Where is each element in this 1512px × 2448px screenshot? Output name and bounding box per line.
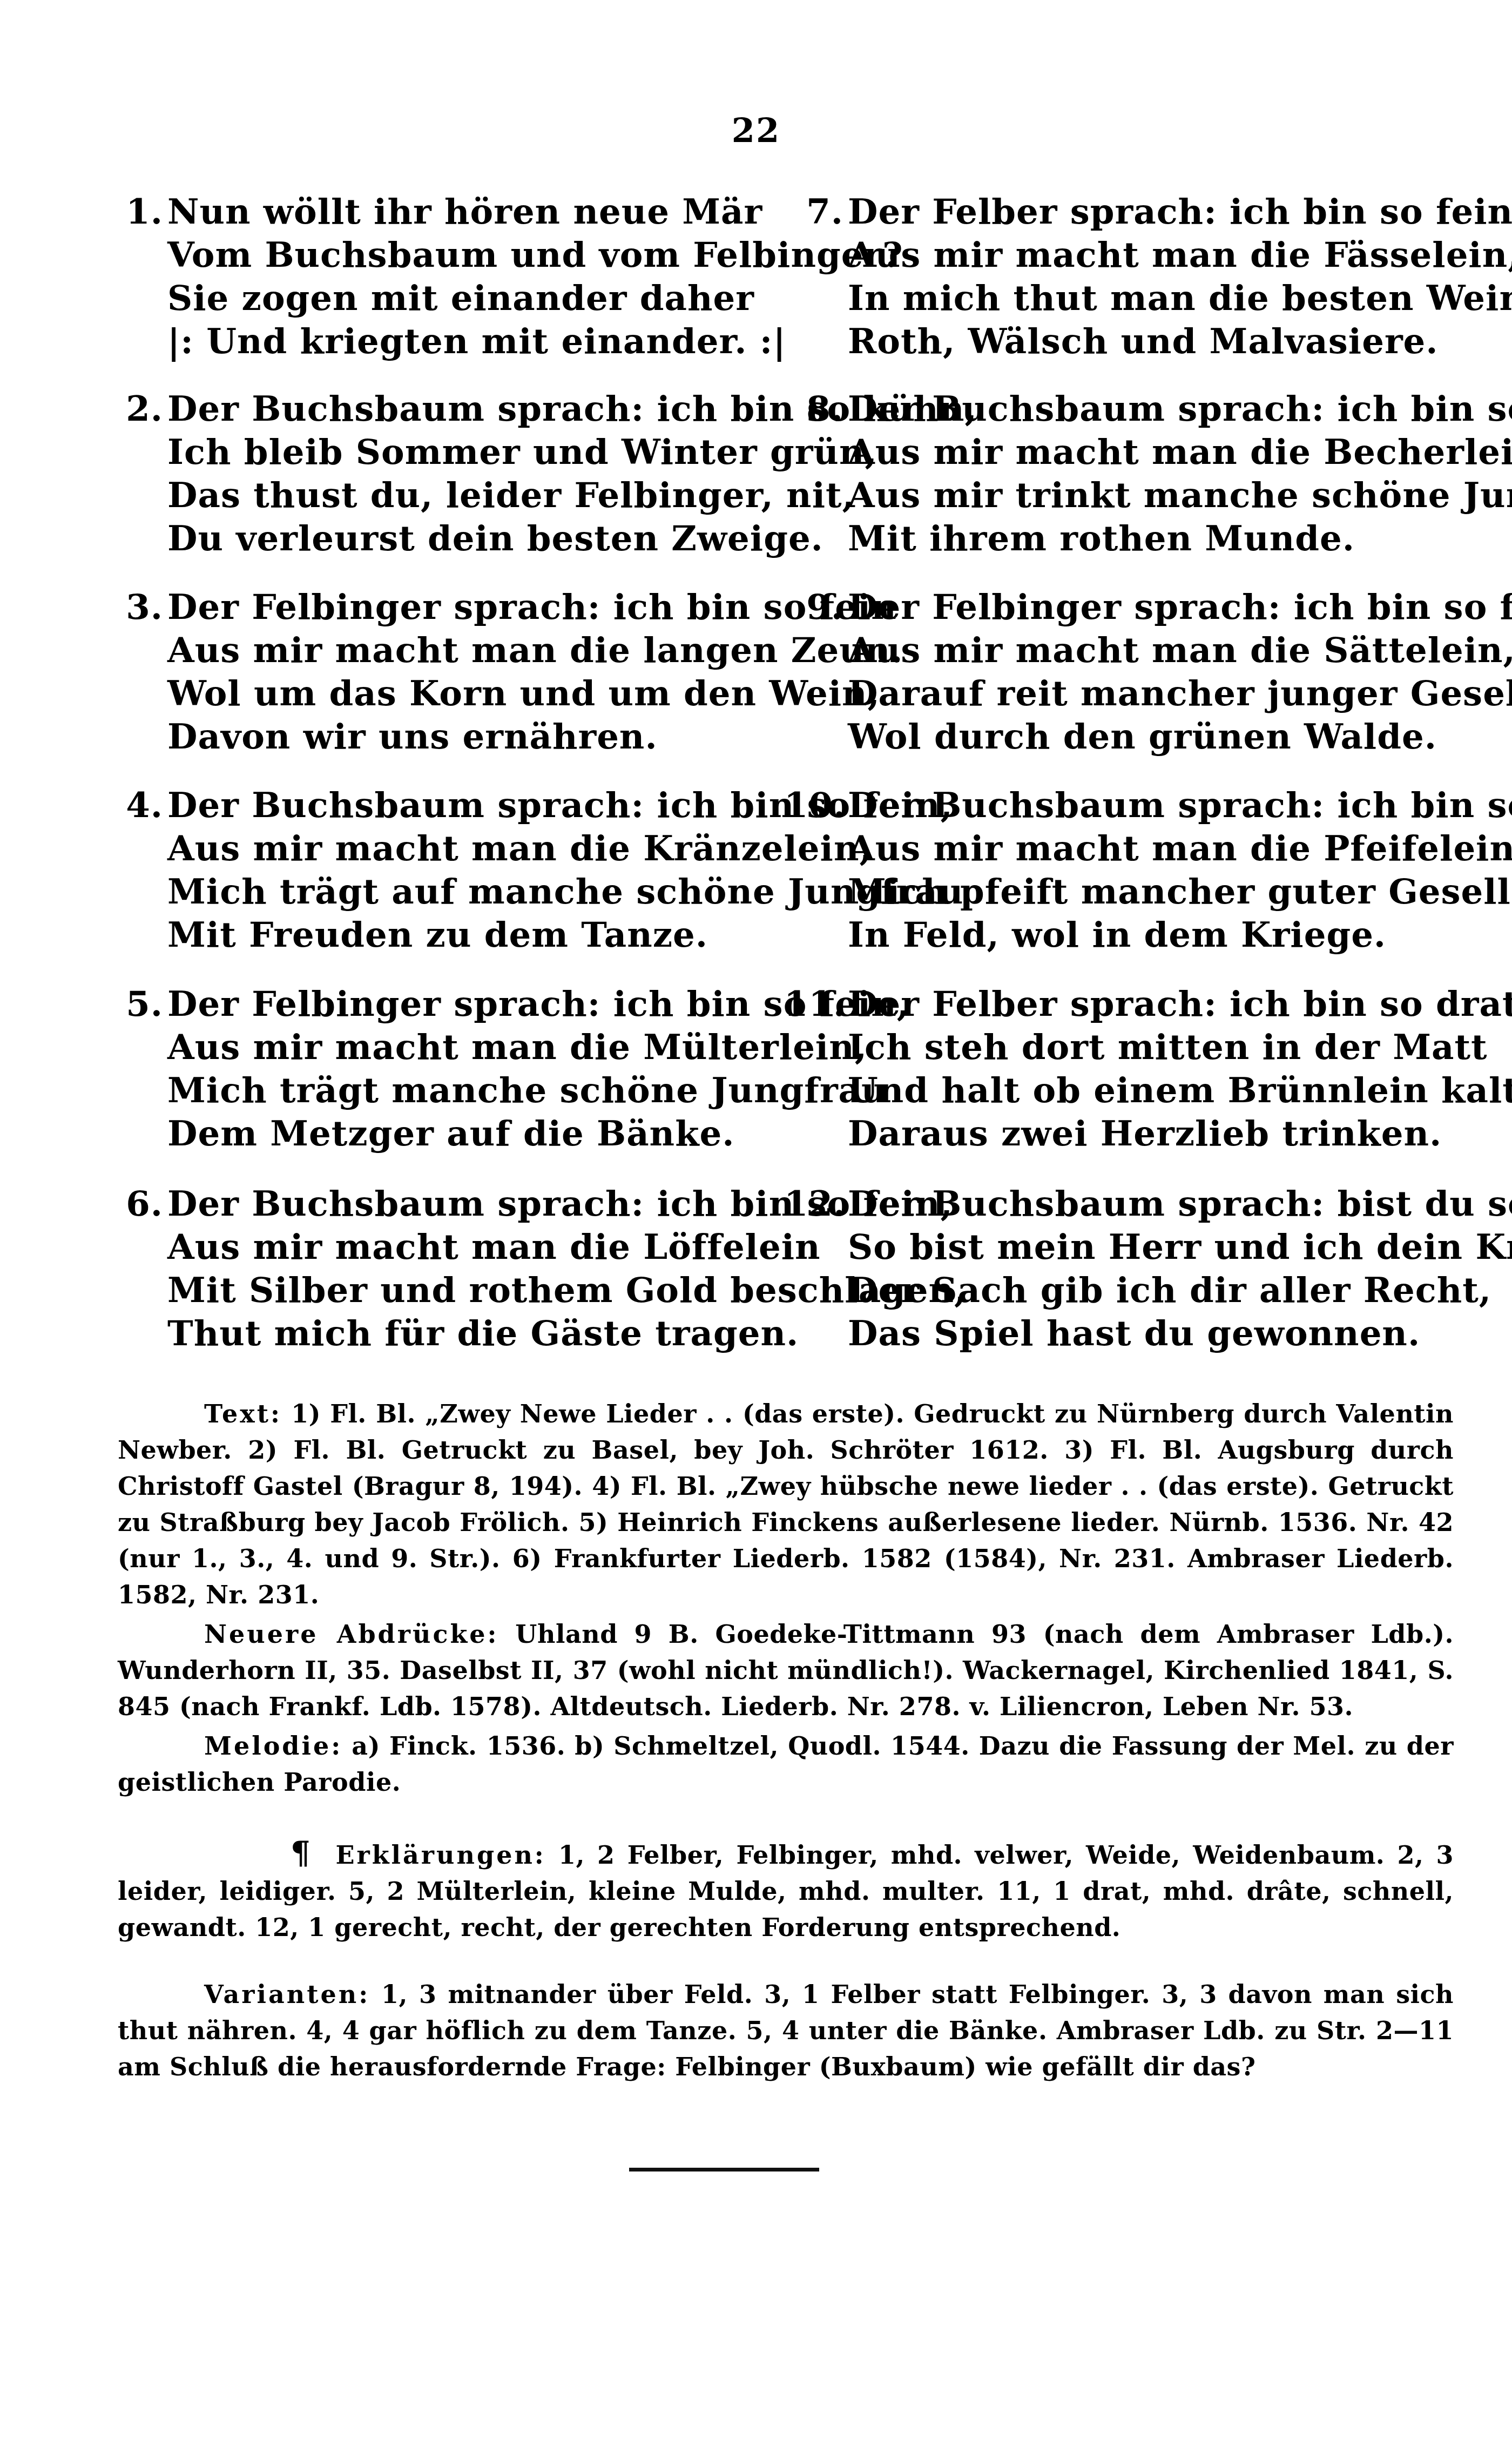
verse-line: Mit Silber und rothem Gold beschlagen,: [167, 1269, 967, 1312]
text-sources: Text: 1) Fl. Bl. „Zwey Newe Lieder . . (…: [118, 1396, 1454, 1613]
stanza-6: 6. Der Buchsbaum sprach: ich bin so fein…: [167, 1183, 967, 1355]
variants-label: Varianten:: [204, 1980, 370, 2009]
verse-line: Sie zogen mit einander daher: [167, 277, 903, 320]
verse-line: Das Spiel hast du gewonnen.: [848, 1312, 1512, 1355]
stanza-9: 9. Der Felbinger sprach: ich bin so fein…: [848, 586, 1512, 759]
stanza-7: 7. Der Felber sprach: ich bin so fein, A…: [848, 191, 1512, 363]
verse-line: In mich thut man die besten Wein:: [848, 277, 1512, 320]
verse-line: Darauf reit mancher junger Gesell: [848, 672, 1512, 716]
verse-line: Dem Metzger auf die Bänke.: [167, 1112, 909, 1156]
reprints: Neuere Abdrücke: Uhland 9 B. Goedeke-Tit…: [118, 1616, 1454, 1725]
text-sources-label: Text:: [204, 1399, 282, 1428]
stanza-number: 4.: [104, 784, 163, 827]
stanza-number: 1.: [104, 191, 163, 234]
explanations: ¶Erklärungen: 1, 2 Felber, Felbinger, mh…: [118, 1835, 1454, 1946]
stanza-number: 10.: [784, 784, 843, 827]
verse-line: Aus mir macht man die Pfeifelein,: [848, 827, 1512, 871]
stanza-number: 3.: [104, 586, 163, 629]
verse-line: Aus mir trinkt manche schöne Jungfrau: [848, 474, 1512, 517]
explanations-body: 1, 2 Felber, Felbinger, mhd. velwer, Wei…: [118, 1840, 1454, 1942]
verse-line: Aus mir macht man die Kränzelein,: [167, 827, 963, 871]
text-sources-body: 1) Fl. Bl. „Zwey Newe Lieder . . (das er…: [118, 1399, 1454, 1609]
verse-line: Der Buchsbaum sprach: ich bin so fein,: [167, 1183, 967, 1226]
verse-line: Der Felber sprach: ich bin so drat,: [848, 983, 1512, 1026]
verse-line: Wol durch den grünen Walde.: [848, 716, 1512, 759]
verse-line: Mich trägt manche schöne Jungfrau: [167, 1069, 909, 1112]
stanza-number: 7.: [784, 191, 843, 234]
verse-line: Davon wir uns ernähren.: [167, 716, 903, 759]
pilcrow-icon: ¶: [204, 1835, 310, 1871]
explanations-label: Erklärungen:: [335, 1840, 545, 1870]
verse-line: Und halt ob einem Brünnlein kalt,: [848, 1069, 1512, 1112]
verse-line: So bist mein Herr und ich dein Knecht,: [848, 1226, 1512, 1269]
stanza-number: 2.: [104, 388, 163, 431]
verse-line: |: Und kriegten mit einander. :|: [167, 320, 903, 363]
verse-line: Roth, Wälsch und Malvasiere.: [848, 320, 1512, 363]
stanza-10: 10. Der Buchsbaum sprach: ich bin so fei…: [848, 784, 1512, 957]
verse-line: Daraus zwei Herzlieb trinken.: [848, 1112, 1512, 1156]
verse-line: Der Sach gib ich dir aller Recht,: [848, 1269, 1512, 1312]
explanations-paragraph: ¶Erklärungen: 1, 2 Felber, Felbinger, mh…: [118, 1835, 1454, 1946]
verse-line: Der Buchsbaum sprach: ich bin so fein,: [848, 388, 1512, 431]
verse-line: Aus mir macht man die Löffelein: [167, 1226, 967, 1269]
reprints-label: Neuere Abdrücke:: [204, 1620, 499, 1649]
verse-line: Der Buchsbaum sprach: bist du so grecht,: [848, 1183, 1512, 1226]
stanza-number: 12.: [784, 1183, 843, 1226]
page-number: 22: [0, 111, 1512, 150]
verse-line: Der Felber sprach: ich bin so fein,: [848, 191, 1512, 234]
stanza-number: 8.: [784, 388, 843, 431]
verse-line: Ich steh dort mitten in der Matt: [848, 1026, 1512, 1069]
verse-line: Aus mir macht man die langen Zeun.: [167, 629, 903, 672]
verse-line: Aus mir macht man die Becherlein,: [848, 431, 1512, 474]
verse-line: In Feld, wol in dem Kriege.: [848, 914, 1512, 957]
stanza-number: 11.: [784, 983, 843, 1026]
stanza-number: 6.: [104, 1183, 163, 1226]
variants: Varianten: 1, 3 mitnander über Feld. 3, …: [118, 1977, 1454, 2085]
stanza-number: 9.: [784, 586, 843, 629]
melody-label: Melodie:: [204, 1731, 342, 1761]
closing-rule-divider: [629, 2168, 819, 2171]
verse-line: Mich trägt auf manche schöne Jungfrau: [167, 871, 963, 914]
stanza-12: 12. Der Buchsbaum sprach: bist du so gre…: [848, 1183, 1512, 1355]
verse-line: Aus mir macht man die Mülterlein,: [167, 1026, 909, 1069]
verse-line: Mit ihrem rothen Munde.: [848, 517, 1512, 561]
verse-line: Thut mich für die Gäste tragen.: [167, 1312, 967, 1355]
verse-line: Aus mir macht man die Sättelein,: [848, 629, 1512, 672]
verse-line: Mich pfeift mancher guter Gesell: [848, 871, 1512, 914]
variants-paragraph: Varianten: 1, 3 mitnander über Feld. 3, …: [118, 1977, 1454, 2085]
verse-line: Vom Buchsbaum und vom Felbinger?: [167, 234, 903, 277]
stanza-11: 11. Der Felber sprach: ich bin so drat, …: [848, 983, 1512, 1156]
verse-line: Mit Freuden zu dem Tanze.: [167, 914, 963, 957]
melody: Melodie: a) Finck. 1536. b) Schmeltzel, …: [118, 1728, 1454, 1800]
stanza-number: 5.: [104, 983, 163, 1026]
verse-line: Aus mir macht man die Fässelein,: [848, 234, 1512, 277]
verse-line: Der Buchsbaum sprach: ich bin so fein,: [848, 784, 1512, 827]
verse-line: Wol um das Korn und um den Wein,: [167, 672, 903, 716]
stanza-8: 8. Der Buchsbaum sprach: ich bin so fein…: [848, 388, 1512, 561]
source-notes: Text: 1) Fl. Bl. „Zwey Newe Lieder . . (…: [118, 1396, 1454, 1800]
verse-line: Der Felbinger sprach: ich bin so fein,: [848, 586, 1512, 629]
